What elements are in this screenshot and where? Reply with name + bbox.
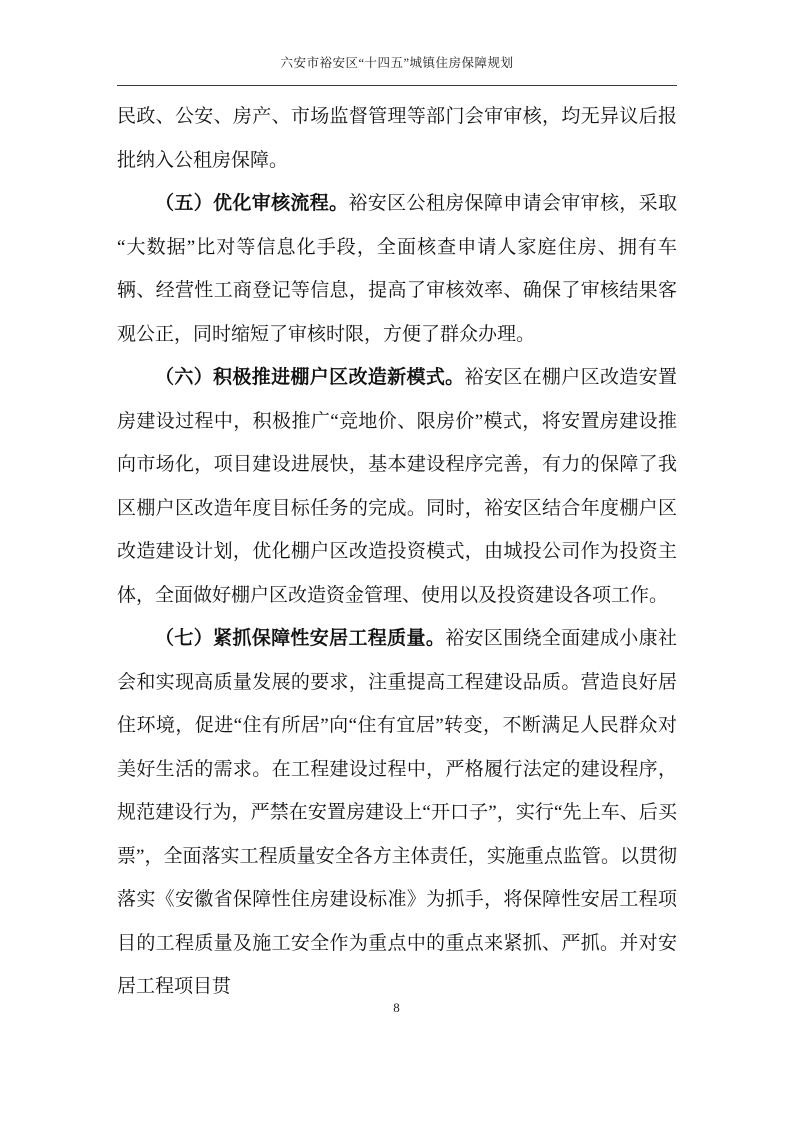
section-7-heading: （七）紧抓保障性安居工程质量。 (155, 628, 445, 649)
paragraph-text: 民政、公安、房产、市场监督管理等部门会审审核，均无异议后报批纳入公租房保障。 (117, 106, 677, 171)
paragraph-text: 裕安区公租房保障申请会审审核，采取“大数据”比对等信息化手段，全面核查申请人家庭… (117, 193, 677, 345)
page-number: 8 (0, 1000, 793, 1016)
document-body: 民政、公安、房产、市场监督管理等部门会审审核，均无异议后报批纳入公租房保障。 （… (117, 95, 677, 1009)
section-5-heading: （五）优化审核流程。 (155, 193, 348, 214)
header-title: 六安市裕安区“十四五”城镇住房保障规划 (280, 56, 513, 70)
paragraph-text: 裕安区在棚户区改造安置房建设过程中，积极推广“竞地价、限房价”模式，将安置房建设… (117, 367, 677, 606)
section-6-heading: （六）积极推进棚户区改造新模式。 (155, 367, 465, 388)
paragraph-text: 裕安区围绕全面建成小康社会和实现高质量发展的要求，注重提高工程建设品质。营造良好… (117, 628, 677, 997)
page-header: 六安市裕安区“十四五”城镇住房保障规划 (117, 54, 677, 86)
paragraph-section-5: （五）优化审核流程。裕安区公租房保障申请会审审核，采取“大数据”比对等信息化手段… (117, 182, 677, 356)
paragraph-section-7: （七）紧抓保障性安居工程质量。裕安区围绕全面建成小康社会和实现高质量发展的要求，… (117, 617, 677, 1009)
paragraph-continuation: 民政、公安、房产、市场监督管理等部门会审审核，均无异议后报批纳入公租房保障。 (117, 95, 677, 182)
paragraph-section-6: （六）积极推进棚户区改造新模式。裕安区在棚户区改造安置房建设过程中，积极推广“竞… (117, 356, 677, 617)
document-page: 六安市裕安区“十四五”城镇住房保障规划 民政、公安、房产、市场监督管理等部门会审… (0, 0, 793, 1122)
